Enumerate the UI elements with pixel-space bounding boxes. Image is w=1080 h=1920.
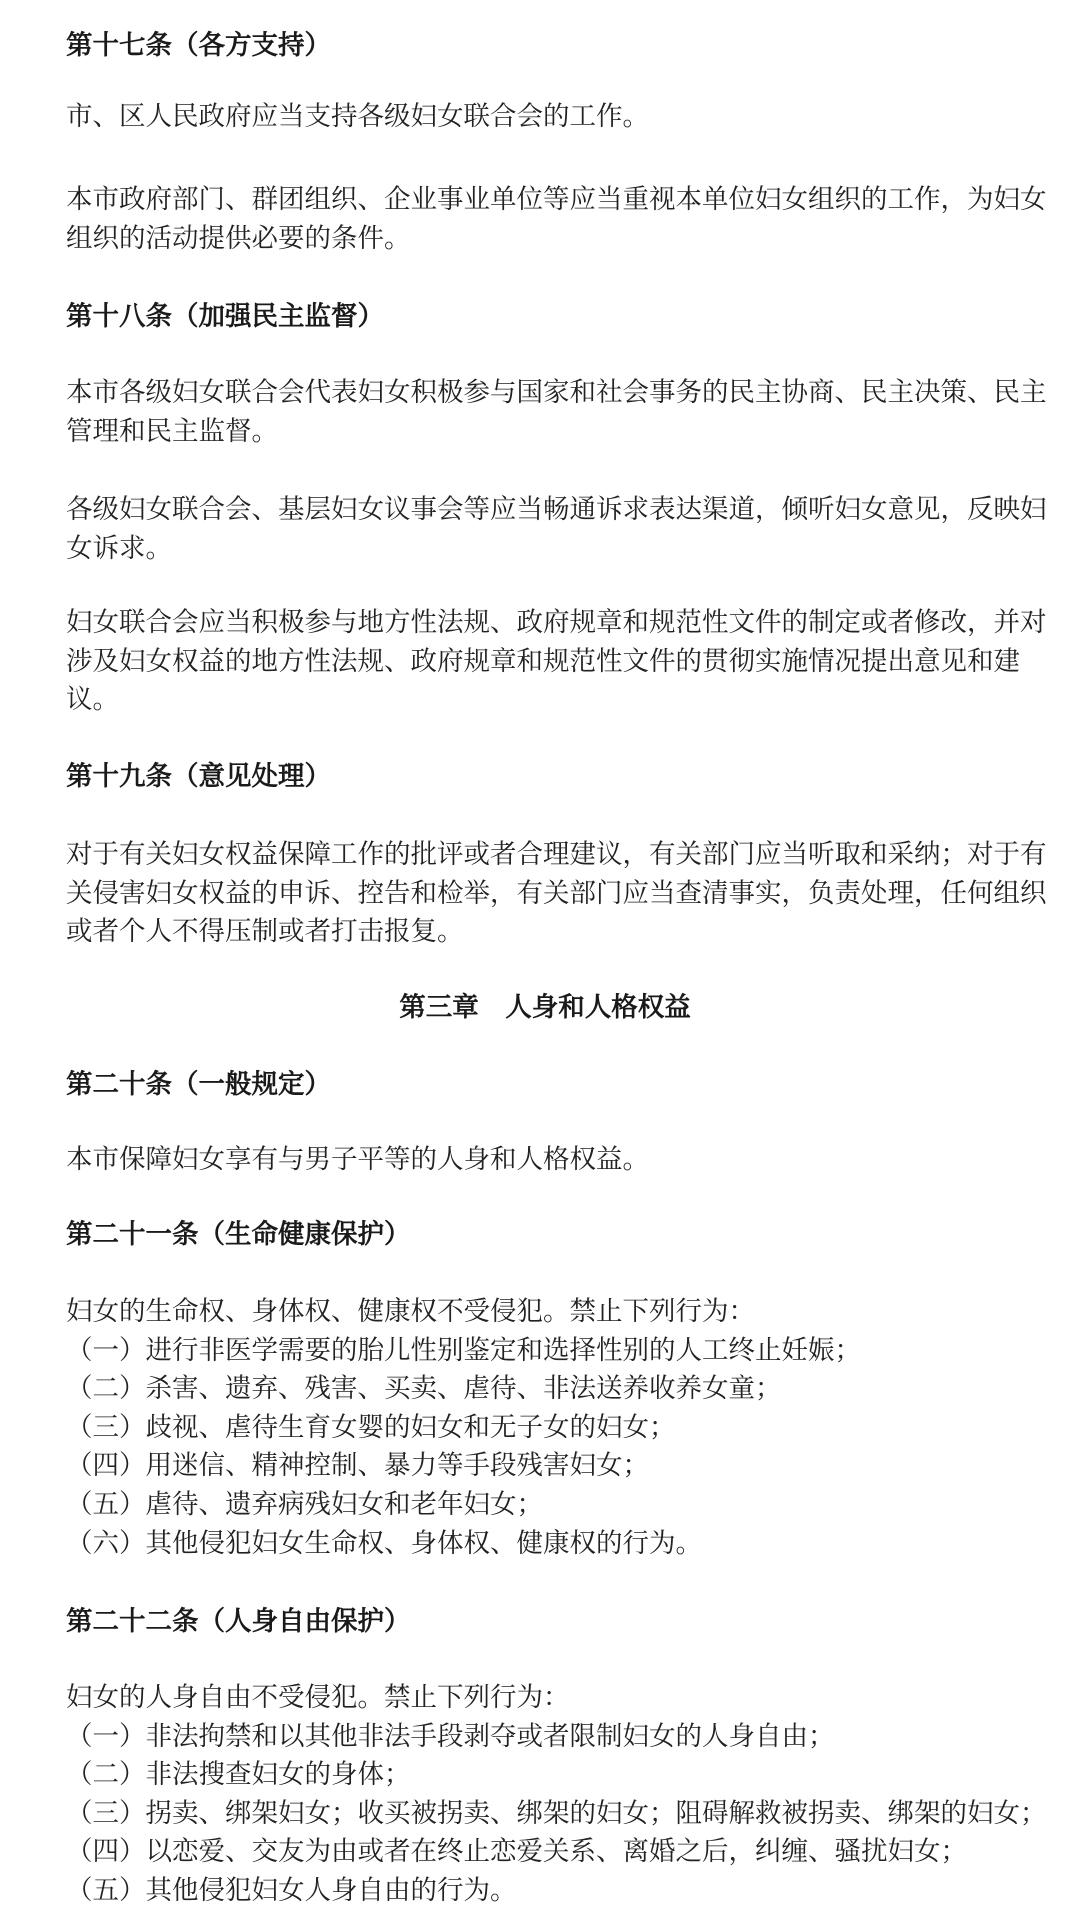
article-17-paragraph-1: 市、区人民政府应当支持各级妇女联合会的工作。: [66, 98, 1026, 137]
list-item: （五）虐待、遗弃病残妇女和老年妇女；: [66, 1486, 1026, 1525]
article-18-paragraph-1: 本市各级妇女联合会代表妇女积极参与国家和社会事务的民主协商、民主决策、民主 管理…: [66, 374, 1026, 451]
article-21-heading: 第二十一条（生命健康保护）: [66, 1216, 1026, 1255]
text-line: 关侵害妇女权益的申诉、控告和检举，有关部门应当查清事实，负责处理，任何组织: [66, 875, 1026, 914]
heading-line: 第二十条（一般规定）: [66, 1066, 1026, 1105]
chapter-title-line: 第三章 人身和人格权益: [0, 989, 1080, 1028]
text-line: 涉及妇女权益的地方性法规、政府规章和规范性文件的贯彻实施情况提出意见和建: [66, 643, 1026, 682]
article-17-paragraph-2: 本市政府部门、群团组织、企业事业单位等应当重视本单位妇女组织的工作，为妇女 组织…: [66, 181, 1026, 258]
list-item: （三）拐卖、绑架妇女；收买被拐卖、绑架的妇女；阻碍解救被拐卖、绑架的妇女；: [66, 1795, 1026, 1834]
heading-line: 第十九条（意见处理）: [66, 758, 1026, 797]
list-item: （二）杀害、遗弃、残害、买卖、虐待、非法送养收养女童；: [66, 1370, 1026, 1409]
article-18-heading: 第十八条（加强民主监督）: [66, 298, 1026, 337]
text-line: 组织的活动提供必要的条件。: [66, 220, 1026, 259]
text-line: 本市政府部门、群团组织、企业事业单位等应当重视本单位妇女组织的工作，为妇女: [66, 181, 1026, 220]
text-line: 妇女的人身自由不受侵犯。禁止下列行为：: [66, 1679, 1026, 1718]
heading-line: 第十八条（加强民主监督）: [66, 298, 1026, 337]
article-22-paragraph-1: 妇女的人身自由不受侵犯。禁止下列行为： （一）非法拘禁和以其他非法手段剥夺或者限…: [66, 1679, 1026, 1911]
text-line: 妇女联合会应当积极参与地方性法规、政府规章和规范性文件的制定或者修改，并对: [66, 604, 1026, 643]
chapter-3-title: 第三章 人身和人格权益: [0, 989, 1080, 1028]
list-item: （六）其他侵犯妇女生命权、身体权、健康权的行为。: [66, 1525, 1026, 1564]
list-item: （二）非法搜查妇女的身体；: [66, 1756, 1026, 1795]
list-item: （一）非法拘禁和以其他非法手段剥夺或者限制妇女的人身自由；: [66, 1718, 1026, 1757]
text-line: 妇女的生命权、身体权、健康权不受侵犯。禁止下列行为：: [66, 1293, 1026, 1332]
article-18-paragraph-3: 妇女联合会应当积极参与地方性法规、政府规章和规范性文件的制定或者修改，并对 涉及…: [66, 604, 1026, 720]
list-item: （一）进行非医学需要的胎儿性别鉴定和选择性别的人工终止妊娠；: [66, 1332, 1026, 1371]
text-line: 管理和民主监督。: [66, 413, 1026, 452]
list-item: （五）其他侵犯妇女人身自由的行为。: [66, 1872, 1026, 1911]
text-line: 女诉求。: [66, 530, 1026, 569]
heading-line: 第二十二条（人身自由保护）: [66, 1603, 1026, 1642]
list-item: （四）用迷信、精神控制、暴力等手段残害妇女；: [66, 1447, 1026, 1486]
article-18-paragraph-2: 各级妇女联合会、基层妇女议事会等应当畅通诉求表达渠道，倾听妇女意见，反映妇 女诉…: [66, 491, 1026, 568]
text-line: 各级妇女联合会、基层妇女议事会等应当畅通诉求表达渠道，倾听妇女意见，反映妇: [66, 491, 1026, 530]
article-19-heading: 第十九条（意见处理）: [66, 758, 1026, 797]
text-line: 议。: [66, 681, 1026, 720]
list-item: （三）歧视、虐待生育女婴的妇女和无子女的妇女；: [66, 1409, 1026, 1448]
text-line: 市、区人民政府应当支持各级妇女联合会的工作。: [66, 98, 1026, 137]
heading-line: 第十七条（各方支持）: [66, 27, 1026, 66]
article-20-heading: 第二十条（一般规定）: [66, 1066, 1026, 1105]
article-19-paragraph-1: 对于有关妇女权益保障工作的批评或者合理建议，有关部门应当听取和采纳；对于有 关侵…: [66, 836, 1026, 952]
heading-line: 第二十一条（生命健康保护）: [66, 1216, 1026, 1255]
article-21-paragraph-1: 妇女的生命权、身体权、健康权不受侵犯。禁止下列行为： （一）进行非医学需要的胎儿…: [66, 1293, 1026, 1563]
article-22-heading: 第二十二条（人身自由保护）: [66, 1603, 1026, 1642]
text-line: 或者个人不得压制或者打击报复。: [66, 913, 1026, 952]
text-line: 本市保障妇女享有与男子平等的人身和人格权益。: [66, 1141, 1026, 1180]
article-17-heading: 第十七条（各方支持）: [66, 27, 1026, 66]
text-line: 本市各级妇女联合会代表妇女积极参与国家和社会事务的民主协商、民主决策、民主: [66, 374, 1026, 413]
text-line: 对于有关妇女权益保障工作的批评或者合理建议，有关部门应当听取和采纳；对于有: [66, 836, 1026, 875]
article-20-paragraph-1: 本市保障妇女享有与男子平等的人身和人格权益。: [66, 1141, 1026, 1180]
list-item: （四）以恋爱、交友为由或者在终止恋爱关系、离婚之后，纠缠、骚扰妇女；: [66, 1833, 1026, 1872]
